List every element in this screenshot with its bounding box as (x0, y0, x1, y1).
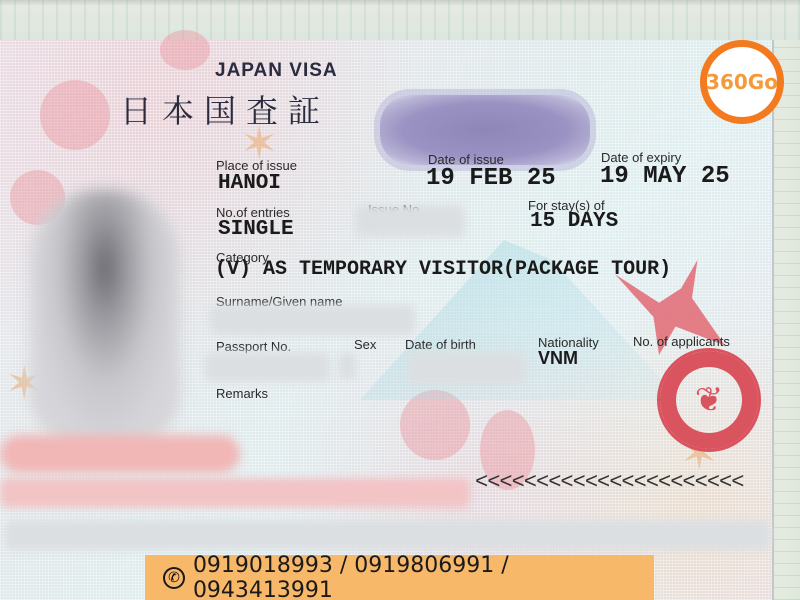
passport-no-redacted (205, 352, 330, 382)
date-of-issue-value: 19 FEB 25 (426, 165, 556, 192)
sex-redacted (338, 352, 356, 380)
phone-icon: ✆ (163, 567, 185, 589)
cherry-blossom-decoration (400, 390, 470, 460)
date-of-expiry-value: 19 MAY 25 (600, 163, 730, 190)
mrz-line-1-redacted (0, 478, 470, 508)
visa-title: JAPAN VISA (215, 60, 338, 82)
sex-label: Sex (354, 337, 376, 352)
remarks-label: Remarks (216, 386, 268, 401)
paulownia-crest-icon: ❦ (660, 351, 758, 449)
category-value: (V) AS TEMPORARY VISITOR(PACKAGE TOUR) (215, 258, 671, 281)
cherry-blossom-decoration (40, 80, 110, 150)
mrz-filler: <<<<<<<<<<<<<<<<<<<<<< (475, 470, 743, 495)
applicants-label: No. of applicants (633, 334, 730, 349)
passport-page-right-margin (772, 40, 800, 600)
issue-no-redacted (355, 205, 465, 237)
brand-logo-text: 360Go (706, 70, 778, 94)
holder-photo-blurred (30, 190, 180, 450)
dob-redacted (408, 352, 526, 384)
place-of-issue-label: Place of issue (216, 158, 297, 173)
mrz-line-2-redacted (5, 520, 770, 550)
visa-title-japanese: 日本国査証 (120, 86, 330, 132)
entries-value: SINGLE (218, 218, 294, 241)
stay-value: 15 DAYS (530, 210, 618, 233)
brand-logo: 360Go (700, 40, 784, 124)
nationality-value: VNM (538, 348, 578, 369)
contact-bar: ✆ 0919018993 / 0919806991 / 0943413991 (145, 555, 654, 600)
surname-redacted (210, 305, 415, 335)
place-of-issue-value: HANOI (218, 172, 281, 195)
contact-phone-numbers[interactable]: 0919018993 / 0919806991 / 0943413991 (193, 553, 654, 600)
cherry-blossom-decoration (160, 30, 210, 70)
dob-label: Date of birth (405, 337, 476, 352)
redacted-area (0, 435, 240, 473)
ministry-seal: ❦ (657, 348, 761, 452)
passport-page-top-strip (0, 0, 800, 40)
